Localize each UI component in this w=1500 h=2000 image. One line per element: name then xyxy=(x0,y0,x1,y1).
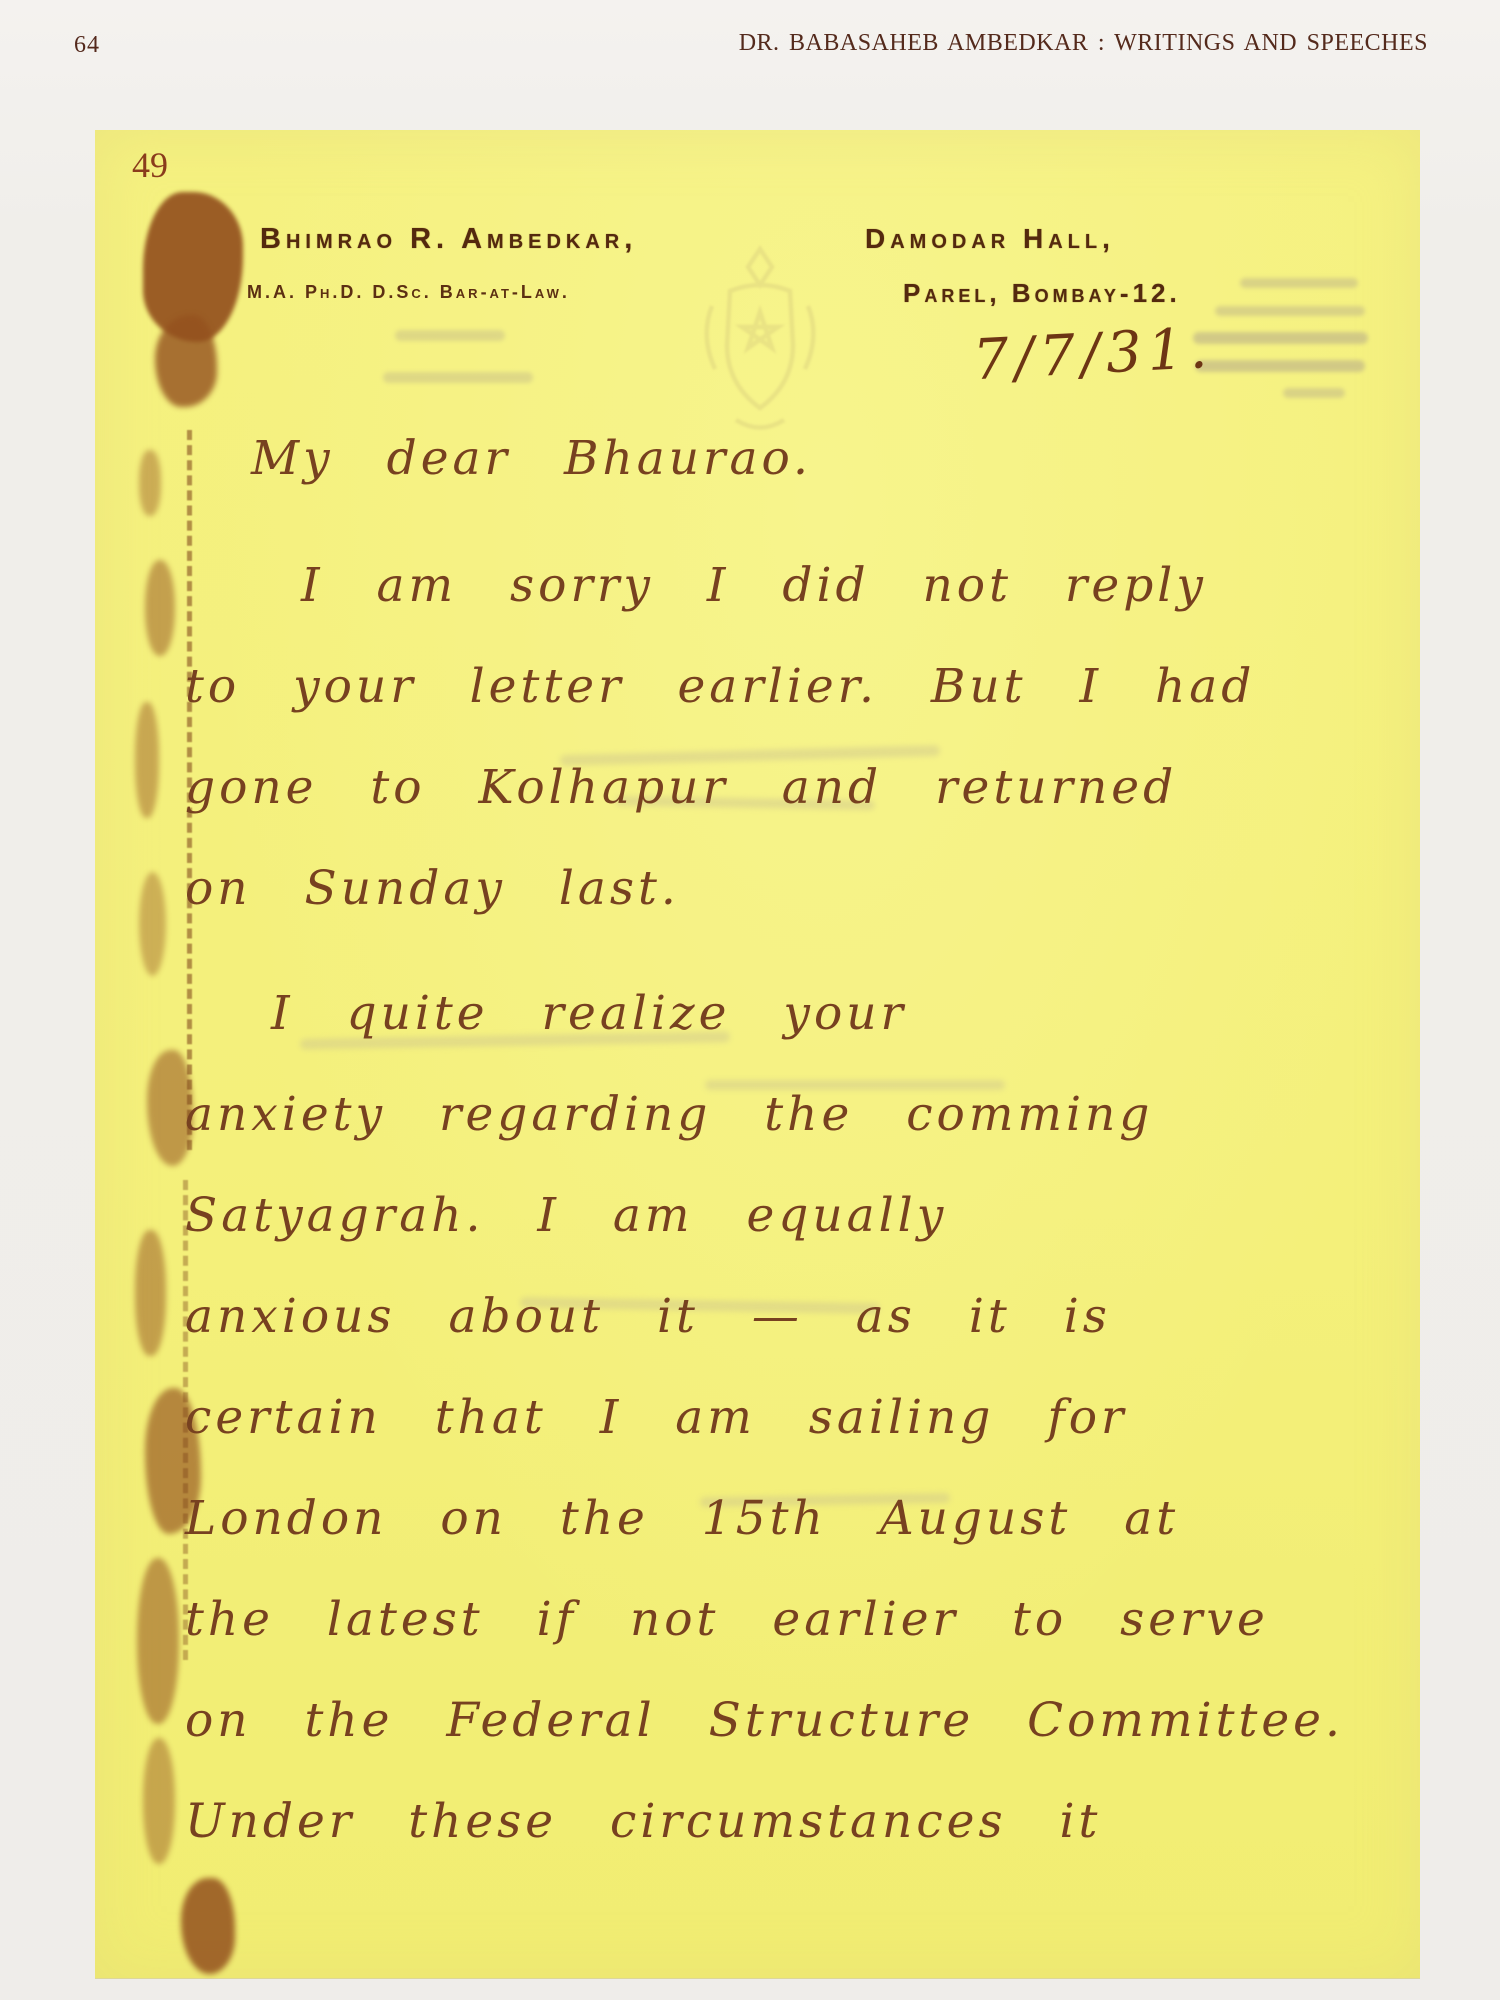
bleedthrough-mark xyxy=(1195,360,1365,372)
ink-stain xyxy=(135,702,159,818)
letter-date: 7/7/31. xyxy=(971,316,1214,393)
letter-line: I am sorry I did not reply xyxy=(185,535,1385,636)
letterhead-address-line2: Parel, Bombay-12. xyxy=(903,278,1181,309)
letter-line: certain that I am sailing for xyxy=(185,1367,1385,1468)
book-header: 64 DR. BABASAHEB AMBEDKAR : WRITINGS AND… xyxy=(0,0,1500,90)
letter-line: Under these circumstances it xyxy=(185,1771,1385,1872)
letter-line: London on the 15th August at xyxy=(185,1468,1385,1569)
letter-line: the latest if not earlier to serve xyxy=(185,1569,1385,1670)
letter-scan: 49 Bhimrao R. Ambedkar, M.A. Ph.D. D.Sc.… xyxy=(95,130,1420,1978)
letter-line: anxiety regarding the comming xyxy=(185,1064,1385,1165)
letter-line: Satyagrah. I am equally xyxy=(185,1165,1385,1266)
bleedthrough-mark xyxy=(1215,306,1365,316)
ink-stain xyxy=(139,872,166,976)
letterhead-name: Bhimrao R. Ambedkar, xyxy=(260,223,637,256)
bleedthrough-mark xyxy=(1193,332,1368,344)
letter-line: I quite realize your xyxy=(185,963,1385,1064)
letterhead-credentials: M.A. Ph.D. D.Sc. Bar-at-Law. xyxy=(247,282,570,303)
letter-line: on the Federal Structure Committee. xyxy=(185,1670,1385,1771)
letterhead-address-line1: Damodar Hall, xyxy=(865,223,1115,255)
running-title: DR. BABASAHEB AMBEDKAR : WRITINGS AND SP… xyxy=(739,30,1428,57)
bleedthrough-mark xyxy=(1240,278,1358,288)
ink-stain xyxy=(137,1558,179,1724)
ink-stain xyxy=(135,1230,166,1356)
letter-line: on Sunday last. xyxy=(185,838,1385,939)
ink-stain xyxy=(143,1738,175,1864)
folio-page-number: 64 xyxy=(74,32,100,59)
letter-line: gone to Kolhapur and returned xyxy=(185,737,1385,838)
letter-salutation: My dear Bhaurao. xyxy=(185,408,1385,509)
bleedthrough-mark xyxy=(1283,388,1345,398)
bleedthrough-mark xyxy=(383,372,533,383)
letter-item-number: 49 xyxy=(132,144,168,186)
ink-stain xyxy=(145,560,175,656)
ink-stain xyxy=(181,1878,235,1974)
letter-body: My dear Bhaurao. I am sorry I did not re… xyxy=(185,408,1385,1872)
ink-stain xyxy=(155,315,217,407)
letter-line: anxious about it — as it is xyxy=(185,1266,1385,1367)
ink-stain xyxy=(139,450,161,516)
bleedthrough-mark xyxy=(395,330,505,341)
letter-line: to your letter earlier. But I had xyxy=(185,636,1385,737)
